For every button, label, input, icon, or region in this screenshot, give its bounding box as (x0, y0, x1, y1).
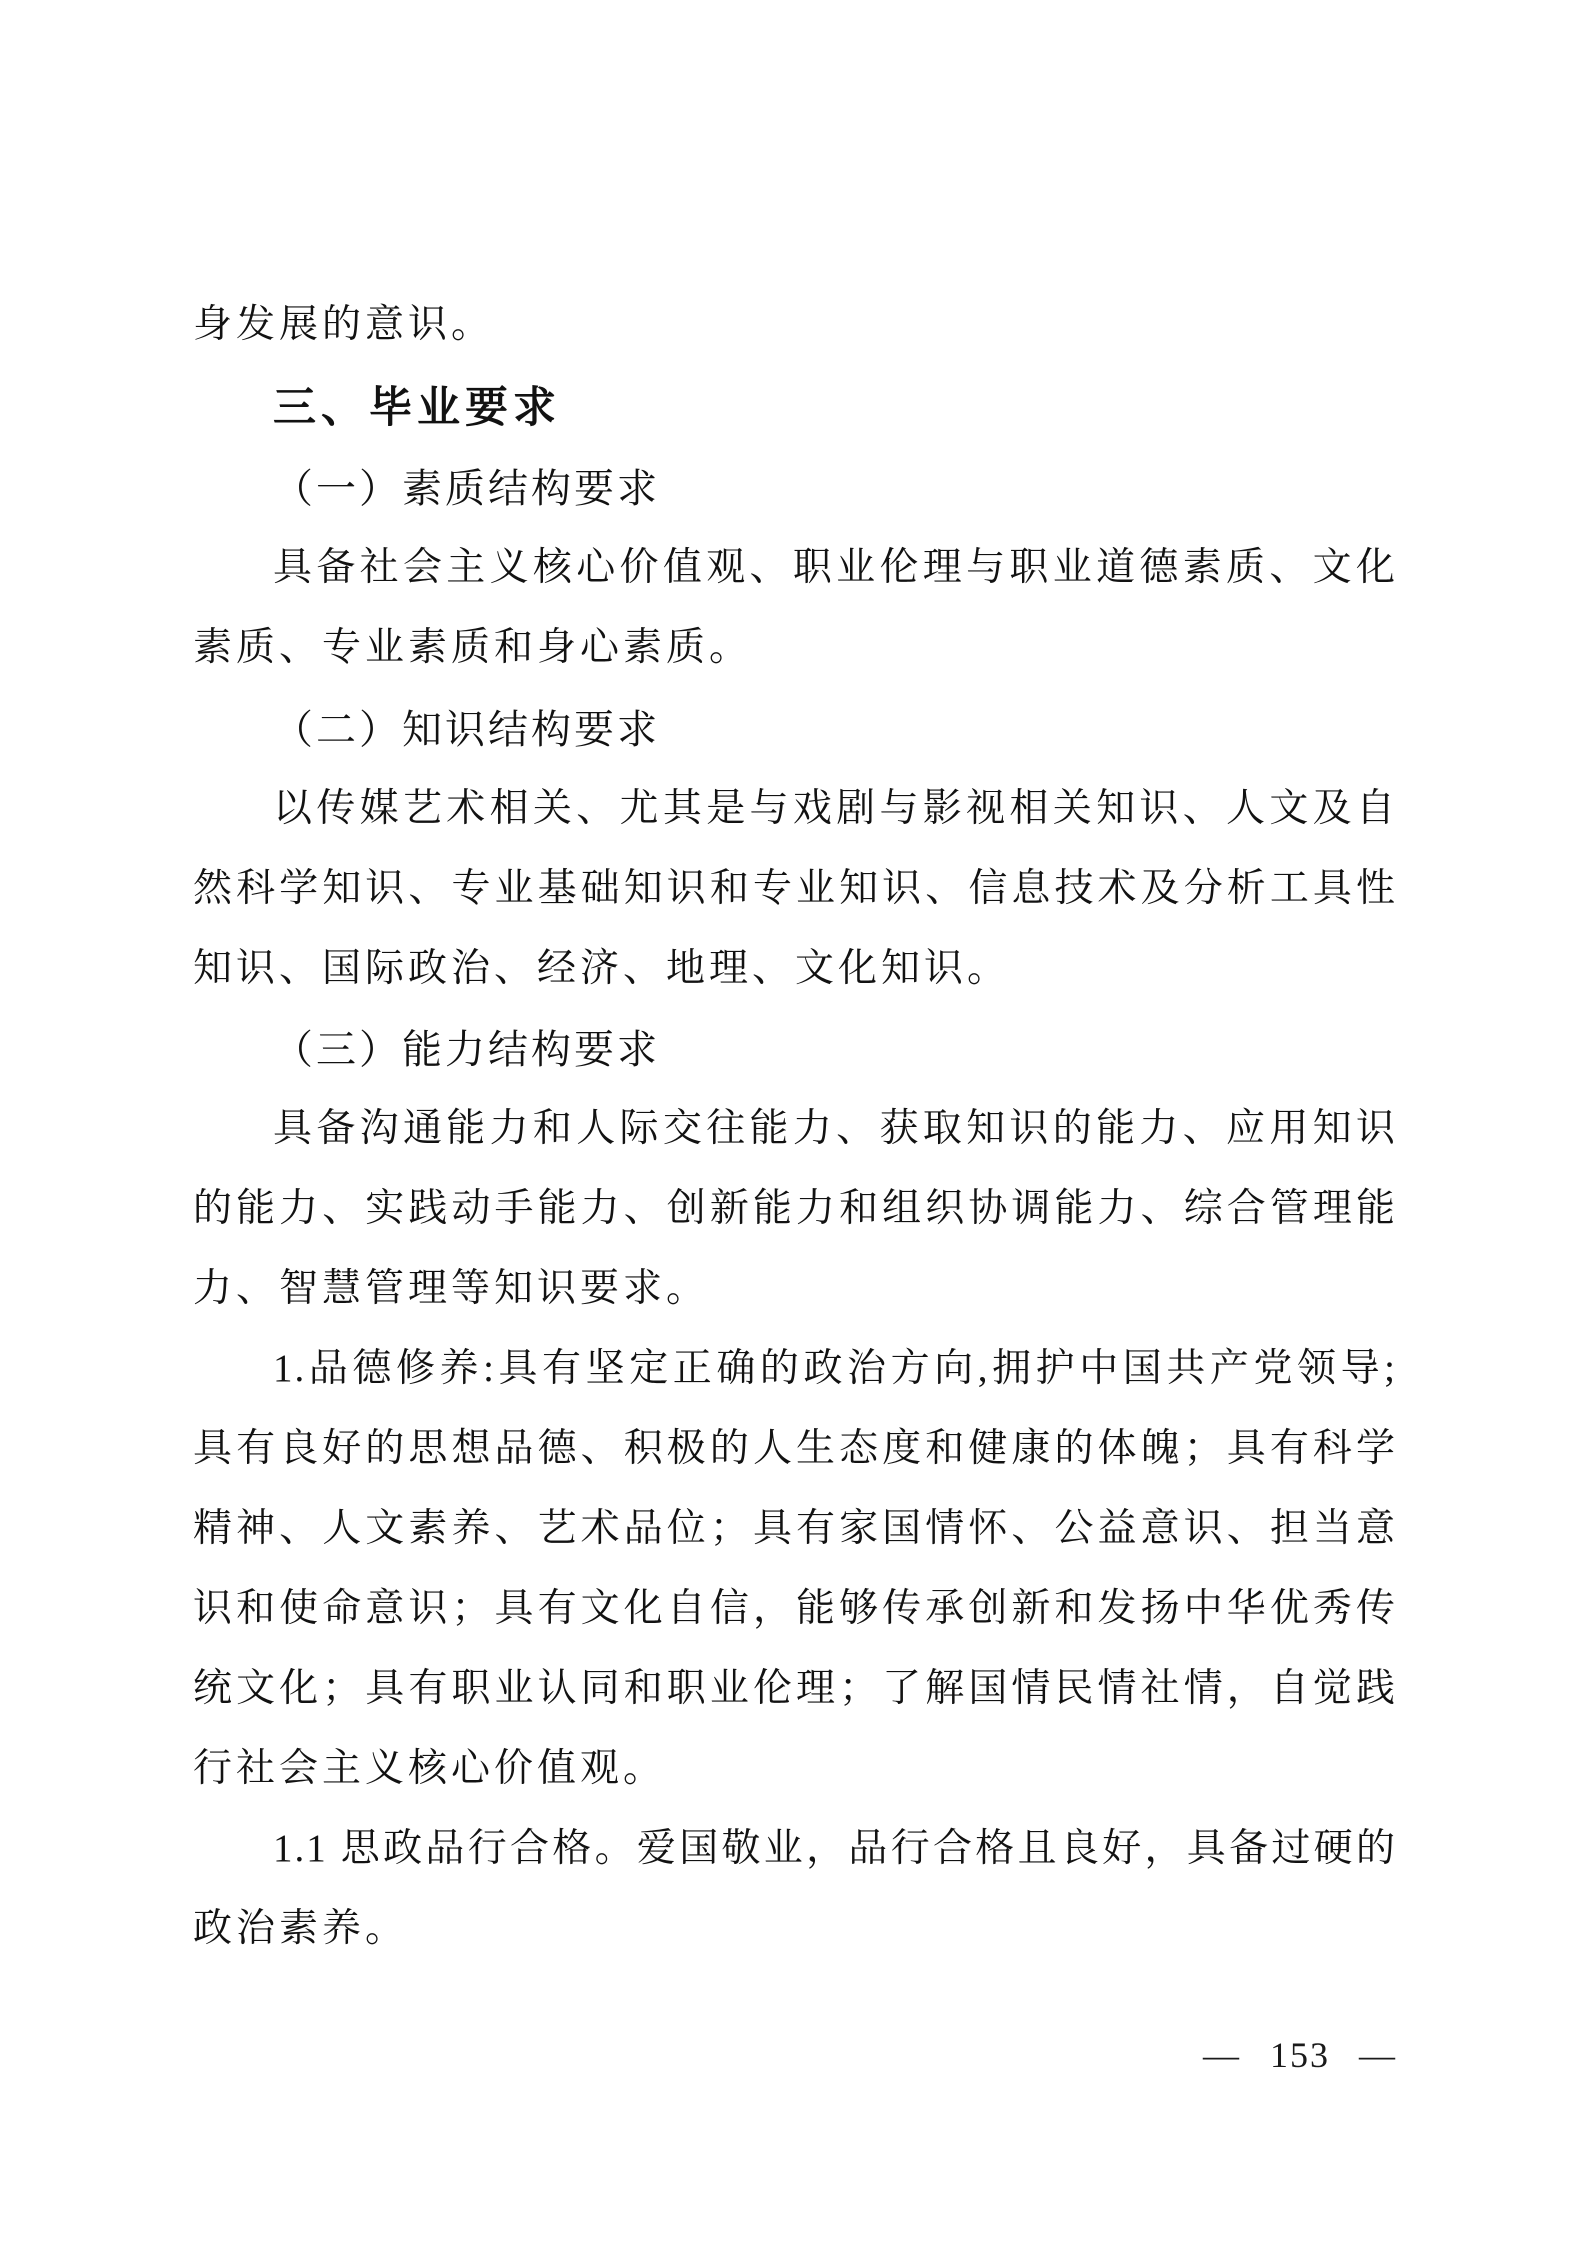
subsection-heading-2: （二）知识结构要求 (273, 707, 660, 753)
numbered-item-line: 1.品德修养:具有坚定正确的政治方向,拥护中国共产党领导; (273, 1347, 1397, 1392)
paragraph-line: 素质、专业素质和身心素质。 (193, 626, 752, 671)
page-number: — 153 — (193, 2034, 1397, 2076)
paragraph-line: 政治素养。 (193, 1907, 408, 1952)
paragraph-line: 具备社会主义核心价值观、职业伦理与职业道德素质、文化 (273, 546, 1397, 591)
paragraph-line: 具备沟通能力和人际交往能力、获取知识的能力、应用知识 (273, 1107, 1397, 1152)
paragraph-line: 知识、国际政治、经济、地理、文化知识。 (193, 947, 1010, 992)
document-page: 身发展的意识。 三、毕业要求 （一）素质结构要求 具备社会主义核心价值观、职业伦… (0, 0, 1587, 2245)
paragraph-line: 识和使命意识；具有文化自信，能够传承创新和发扬中华优秀传 (193, 1587, 1397, 1632)
paragraph-continuation: 身发展的意识。 (193, 303, 494, 348)
subsection-heading-3: （三）能力结构要求 (273, 1027, 660, 1073)
paragraph-line: 行社会主义核心价值观。 (193, 1747, 666, 1792)
section-heading: 三、毕业要求 (273, 384, 561, 433)
paragraph-line: 具有良好的思想品德、积极的人生态度和健康的体魄；具有科学 (193, 1427, 1397, 1472)
paragraph-line: 精神、人文素养、艺术品位；具有家国情怀、公益意识、担当意 (193, 1507, 1397, 1552)
paragraph-line: 统文化；具有职业认同和职业伦理；了解国情民情社情，自觉践 (193, 1667, 1397, 1712)
paragraph-line: 然科学知识、专业基础知识和专业知识、信息技术及分析工具性 (193, 867, 1397, 912)
subsection-heading-1: （一）素质结构要求 (273, 466, 660, 512)
numbered-item-line: 1.1 思政品行合格。爱国敬业，品行合格且良好，具备过硬的 (273, 1827, 1397, 1872)
paragraph-line: 以传媒艺术相关、尤其是与戏剧与影视相关知识、人文及自 (273, 787, 1397, 832)
paragraph-line: 的能力、实践动手能力、创新能力和组织协调能力、综合管理能 (193, 1187, 1397, 1232)
paragraph-line: 力、智慧管理等知识要求。 (193, 1267, 709, 1312)
